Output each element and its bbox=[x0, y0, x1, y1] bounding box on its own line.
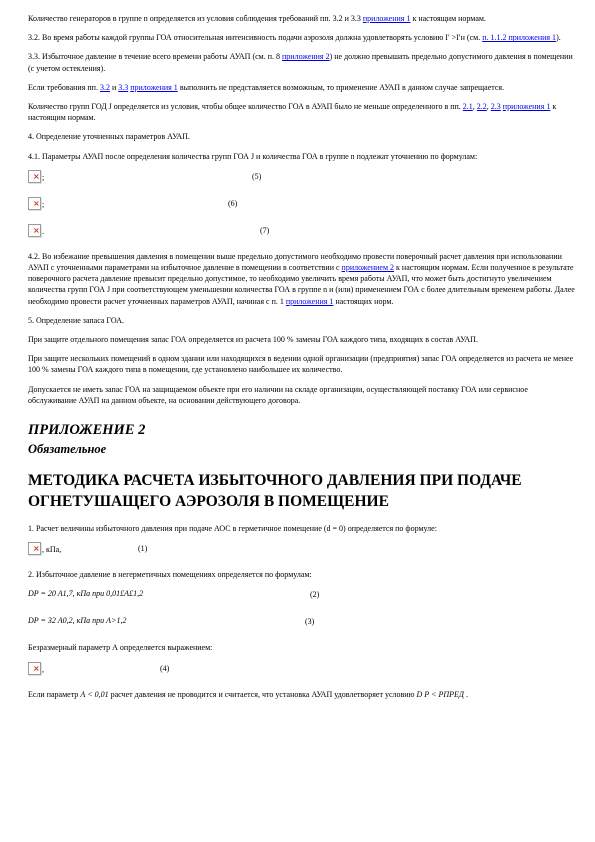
formula-number: (7) bbox=[260, 225, 269, 236]
formula-row-1: ×, кПа, (1) bbox=[28, 542, 577, 557]
para-reserve-multiple-rooms: При защите нескольких помещений в одном … bbox=[28, 353, 577, 375]
heading-item-5: 5. Определение запаса ГОА. bbox=[28, 315, 577, 326]
broken-image-icon: × bbox=[28, 224, 41, 237]
para-4-2: 4.2. Во избежание превышения давления в … bbox=[28, 251, 577, 307]
formula-number: (3) bbox=[305, 616, 314, 627]
para-requirements-fail: Если требования пп. 3.2 и 3.3 приложения… bbox=[28, 82, 577, 93]
para-annex2-2: 2. Избыточное давление в негерметичных п… bbox=[28, 569, 577, 580]
formula-row-3: DP = 32 A0,2, кПа при A>1,2 (3) bbox=[28, 615, 577, 630]
text-run: 3.2. Во время работы каждой группы ГОА о… bbox=[28, 33, 482, 42]
annex1-section: Количество генераторов в группе n опреде… bbox=[28, 13, 577, 406]
link-annex1[interactable]: приложения 1 bbox=[130, 83, 178, 92]
annex2-kind: Обязательное bbox=[28, 441, 577, 457]
broken-x-glyph: × bbox=[33, 664, 40, 674]
formula-number: (2) bbox=[310, 589, 319, 600]
document-page: Количество генераторов в группе n опреде… bbox=[0, 0, 595, 842]
link-annex1[interactable]: приложения 1 bbox=[286, 297, 334, 306]
link-p-2-1[interactable]: 2.1 bbox=[463, 102, 473, 111]
broken-image-icon: × bbox=[28, 197, 41, 210]
broken-x-glyph: × bbox=[33, 199, 40, 209]
broken-x-glyph: × bbox=[33, 544, 40, 554]
para-annex2-parameter: Безразмерный параметр А определяется выр… bbox=[28, 642, 577, 653]
formula-separator: . bbox=[42, 227, 44, 236]
annex2-section: ПРИЛОЖЕНИЕ 2 Обязательное МЕТОДИКА РАСЧЕ… bbox=[28, 421, 577, 700]
formula-number: (6) bbox=[228, 198, 237, 209]
broken-image-icon: × bbox=[28, 662, 41, 675]
para-groups-count: Количество групп ГОД J определяется из у… bbox=[28, 101, 577, 123]
broken-image-icon: × bbox=[28, 170, 41, 183]
variable-run: D P < РПРЕД bbox=[417, 690, 464, 699]
broken-x-glyph: × bbox=[33, 226, 40, 236]
para-group-generators: Количество генераторов в группе n опреде… bbox=[28, 13, 577, 24]
formula-row-4: ×, (4) bbox=[28, 662, 577, 677]
broken-image-icon: × bbox=[28, 542, 41, 555]
link-p-1-1-2-annex1[interactable]: п. 1.1.2 приложения 1 bbox=[482, 33, 556, 42]
text-run: Количество групп ГОД J определяется из у… bbox=[28, 102, 463, 111]
formula-text: DP = 32 A0,2, кПа при A>1,2 bbox=[28, 616, 126, 625]
broken-x-glyph: × bbox=[33, 172, 40, 182]
variable-run: А < 0,01 bbox=[80, 690, 108, 699]
link-annex2[interactable]: приложения 2 bbox=[282, 52, 330, 61]
text-run: выполнить не представляется возможным, т… bbox=[178, 83, 504, 92]
text-run: Если параметр bbox=[28, 690, 80, 699]
text-run: 3.3. Избыточное давление в течение всего… bbox=[28, 52, 282, 61]
link-annex1[interactable]: приложения 1 bbox=[363, 14, 411, 23]
text-run: к настоящим нормам. bbox=[410, 14, 485, 23]
para-annex2-note: Если параметр А < 0,01 расчет давления н… bbox=[28, 689, 577, 700]
formula-number: (5) bbox=[252, 171, 261, 182]
text-run: и bbox=[110, 83, 118, 92]
formula-row-7: ×. (7) bbox=[28, 224, 577, 239]
text-run: расчет давления не проводится и считаетс… bbox=[109, 690, 417, 699]
link-p-3-2[interactable]: 3.2 bbox=[100, 83, 110, 92]
formula-row-2: DP = 20 A1,7, кПа при 0,01£A£1,2 (2) bbox=[28, 588, 577, 603]
formula-separator: , bbox=[42, 665, 44, 674]
para-reserve-single-room: При защите отдельного помещения запас ГО… bbox=[28, 334, 577, 345]
link-p-2-3[interactable]: 2.3 bbox=[491, 102, 501, 111]
formula-row-5: ×; (5) bbox=[28, 170, 577, 185]
annex2-label: ПРИЛОЖЕНИЕ 2 bbox=[28, 421, 577, 439]
link-p-2-2[interactable]: 2.2 bbox=[477, 102, 487, 111]
annex2-title: МЕТОДИКА РАСЧЕТА ИЗБЫТОЧНОГО ДАВЛЕНИЯ ПР… bbox=[28, 470, 577, 512]
text-run: настоящих норм. bbox=[333, 297, 393, 306]
formula-row-6: ×; (6) bbox=[28, 197, 577, 212]
text-run: ). bbox=[556, 33, 561, 42]
link-annex2[interactable]: приложением 2 bbox=[342, 263, 395, 272]
link-annex1[interactable]: приложения 1 bbox=[503, 102, 551, 111]
formula-separator: ; bbox=[42, 200, 44, 209]
formula-units: , кПа, bbox=[42, 545, 61, 554]
formula-number: (4) bbox=[160, 663, 169, 674]
link-p-3-3[interactable]: 3.3 bbox=[118, 83, 128, 92]
heading-item-4: 4. Определение уточненных параметров АУА… bbox=[28, 131, 577, 142]
para-reserve-allowed: Допускается не иметь запас ГОА на защища… bbox=[28, 384, 577, 406]
text-run: Если требования пп. bbox=[28, 83, 100, 92]
para-3-3: 3.3. Избыточное давление в течение всего… bbox=[28, 51, 577, 73]
text-run: Количество генераторов в группе n опреде… bbox=[28, 14, 363, 23]
para-annex2-1: 1. Расчет величины избыточного давления … bbox=[28, 523, 577, 534]
formula-separator: ; bbox=[42, 173, 44, 182]
formula-number: (1) bbox=[138, 543, 147, 554]
para-4-1: 4.1. Параметры АУАП после определения ко… bbox=[28, 151, 577, 162]
formula-text: DP = 20 A1,7, кПа при 0,01£A£1,2 bbox=[28, 589, 143, 598]
para-3-2: 3.2. Во время работы каждой группы ГОА о… bbox=[28, 32, 577, 43]
text-run: . bbox=[464, 690, 468, 699]
